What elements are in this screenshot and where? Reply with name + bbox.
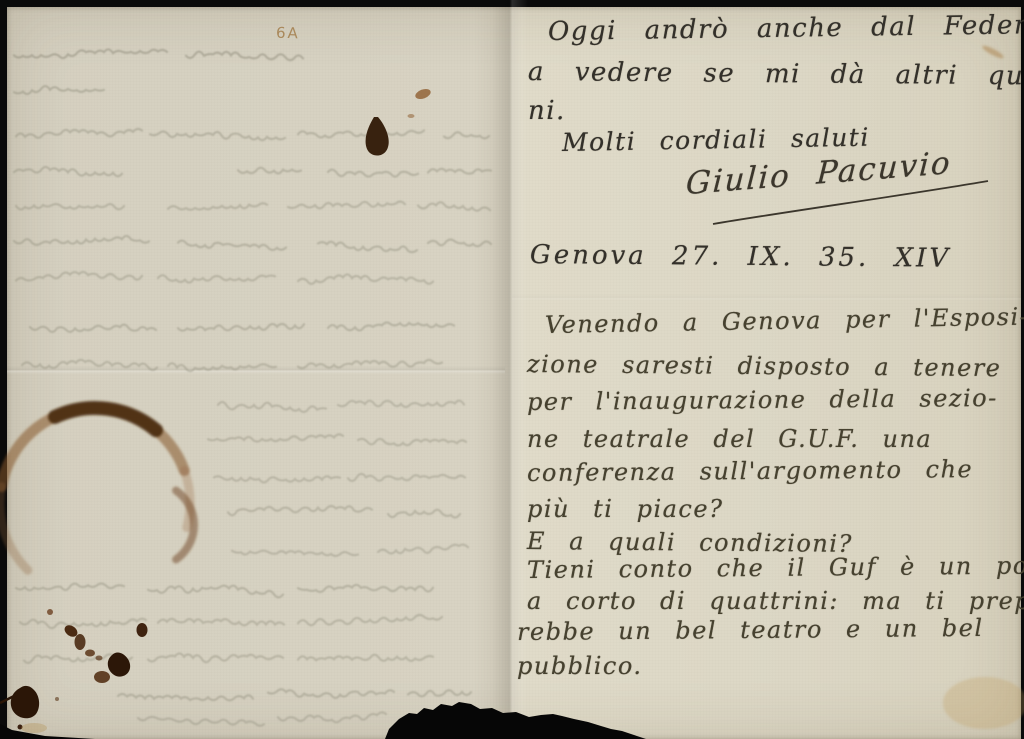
dateline: Genova 27. IX. 35. XIV (530, 240, 951, 274)
letter-scan: 6A Oggi andrò anche dal Federale a veder… (0, 0, 1024, 739)
archive-mark: 6A (276, 24, 300, 43)
letter-line: a corto di quattrini: ma ti prepare- (527, 587, 1024, 615)
letter-line: più ti piace? (527, 495, 723, 523)
letter-line: a vedere se mi dà altri quattri- (528, 57, 1024, 92)
letter-line: rebbe un bel teatro e un bel (517, 614, 984, 646)
letter-line: conferenza sull'argomento che (527, 455, 973, 487)
letter-line: per l'inaugurazione della sezio- (527, 384, 998, 416)
letter-closing: Molti cordiali saluti (562, 123, 870, 157)
letter-line: zione saresti disposto a tenere (527, 350, 1002, 382)
letter-line: ni. (528, 96, 566, 126)
letter-line: Tieni conto che il Guf è un po' (527, 552, 1024, 584)
letter-line: ne teatrale del G.U.F. una (527, 425, 932, 453)
letter-line: pubblico. (517, 652, 643, 680)
